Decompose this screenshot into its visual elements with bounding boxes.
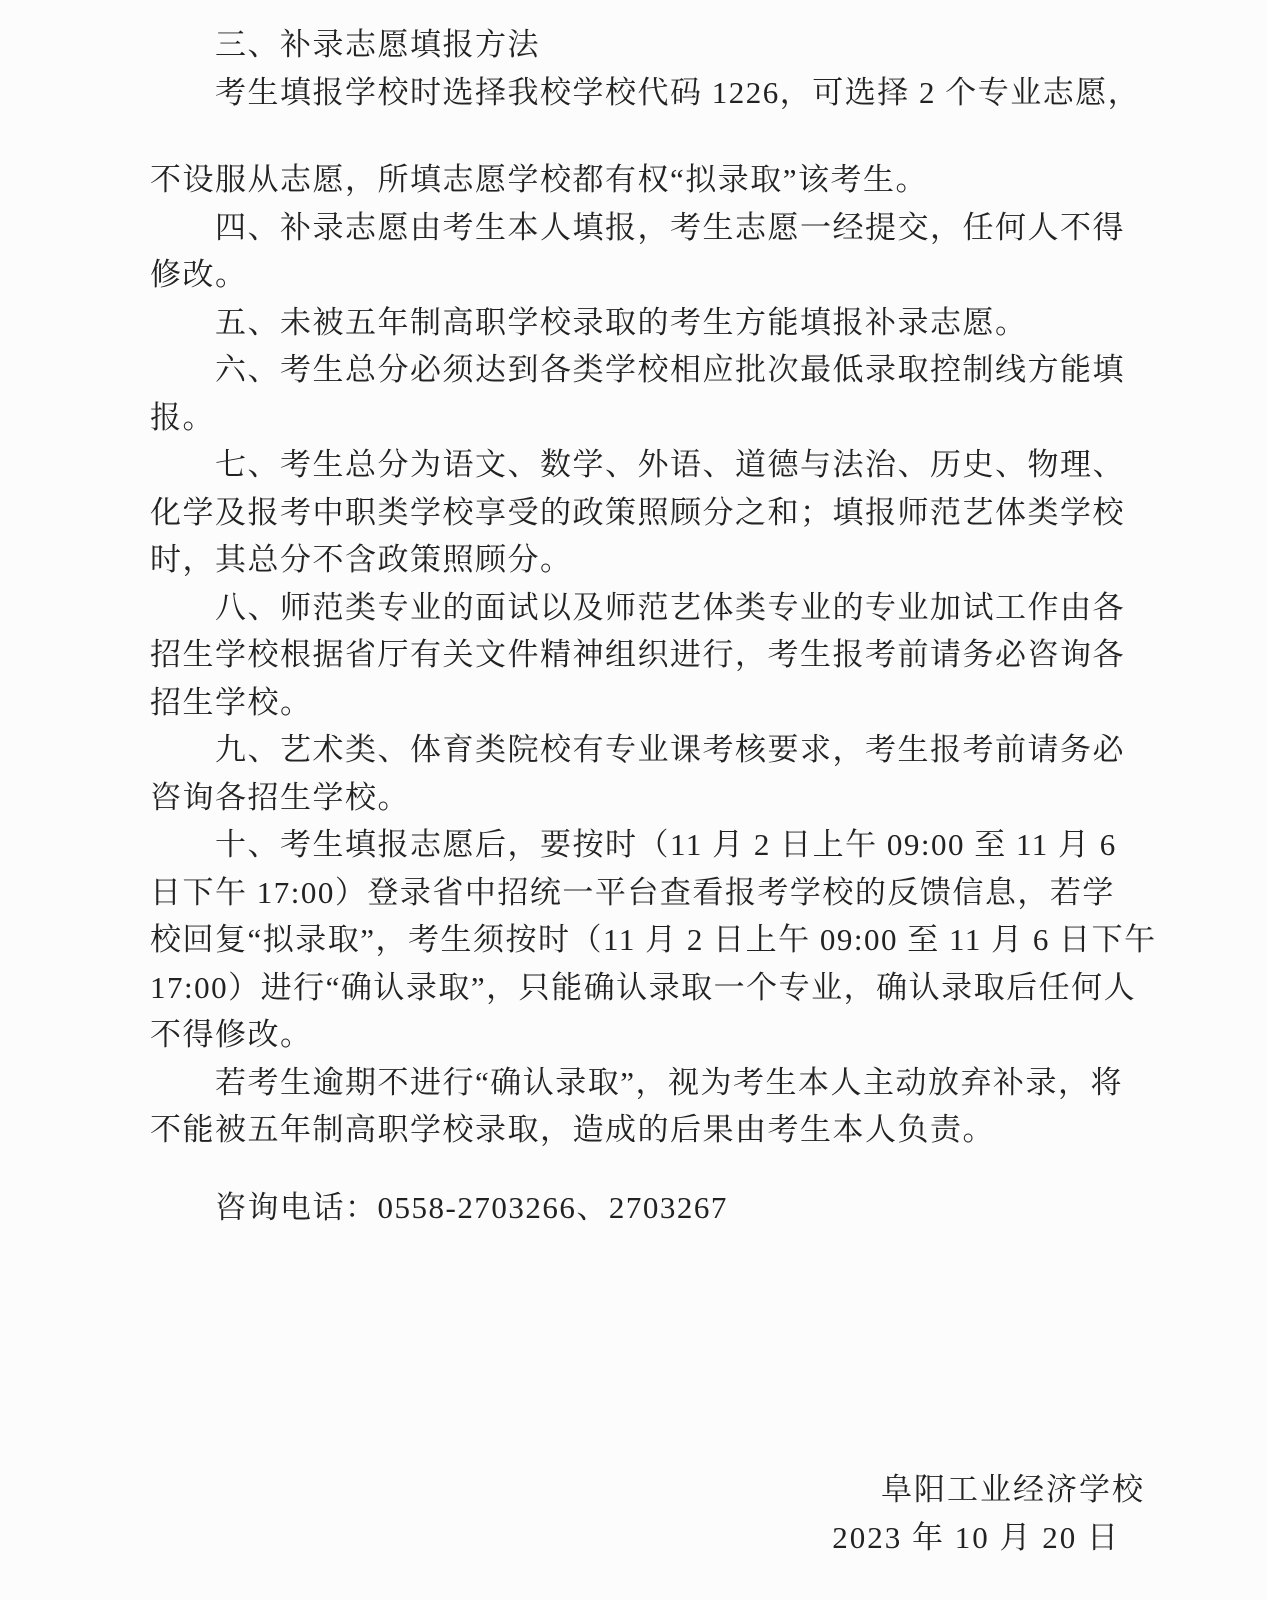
text-line: 九、艺术类、体育类院校有专业课考核要求，考生报考前请务必 xyxy=(150,726,1148,774)
signature-school-name: 阜阳工业经济学校 xyxy=(150,1466,1148,1514)
blank-gap xyxy=(150,116,1148,156)
text-line: 日下午 17:00）登录省中招统一平台查看报考学校的反馈信息，若学 xyxy=(150,869,1148,917)
text-line: 若考生逾期不进行“确认录取”，视为考生本人主动放弃补录，将 xyxy=(150,1059,1148,1107)
document-body: 三、补录志愿填报方法考生填报学校时选择我校学校代码 1226，可选择 2 个专业… xyxy=(150,21,1148,1231)
signature-block: 阜阳工业经济学校 2023 年 10 月 20 日 xyxy=(150,1466,1148,1561)
blank-gap xyxy=(150,1154,1148,1184)
text-line: 三、补录志愿填报方法 xyxy=(150,21,1148,69)
text-line: 四、补录志愿由考生本人填报，考生志愿一经提交，任何人不得 xyxy=(150,204,1148,252)
text-line: 考生填报学校时选择我校学校代码 1226，可选择 2 个专业志愿， xyxy=(150,69,1148,117)
text-line: 咨询各招生学校。 xyxy=(150,774,1148,822)
text-line: 修改。 xyxy=(150,251,1148,299)
text-line: 六、考生总分必须达到各类学校相应批次最低录取控制线方能填 xyxy=(150,346,1148,394)
text-line: 招生学校根据省厅有关文件精神组织进行，考生报考前请务必咨询各 xyxy=(150,631,1148,679)
text-line: 八、师范类专业的面试以及师范艺体类专业的专业加试工作由各 xyxy=(150,584,1148,632)
text-line: 17:00）进行“确认录取”，只能确认录取一个专业，确认录取后任何人 xyxy=(150,964,1148,1012)
text-line: 不得修改。 xyxy=(150,1011,1148,1059)
text-line: 七、考生总分为语文、数学、外语、道德与法治、历史、物理、 xyxy=(150,441,1148,489)
text-line: 招生学校。 xyxy=(150,679,1148,727)
text-line: 十、考生填报志愿后，要按时（11 月 2 日上午 09:00 至 11 月 6 xyxy=(150,821,1148,869)
text-line: 化学及报考中职类学校享受的政策照顾分之和；填报师范艺体类学校 xyxy=(150,489,1148,537)
text-line: 五、未被五年制高职学校录取的考生方能填报补录志愿。 xyxy=(150,299,1148,347)
text-line: 校回复“拟录取”，考生须按时（11 月 2 日上午 09:00 至 11 月 6… xyxy=(150,916,1148,964)
text-line: 不设服从志愿，所填志愿学校都有权“拟录取”该考生。 xyxy=(150,156,1148,204)
text-line: 时，其总分不含政策照顾分。 xyxy=(150,536,1148,584)
text-line: 报。 xyxy=(150,394,1148,442)
signature-date: 2023 年 10 月 20 日 xyxy=(150,1514,1148,1562)
document-page: 三、补录志愿填报方法考生填报学校时选择我校学校代码 1226，可选择 2 个专业… xyxy=(0,0,1267,1600)
text-line: 咨询电话：0558-2703266、2703267 xyxy=(150,1184,1148,1232)
text-line: 不能被五年制高职学校录取，造成的后果由考生本人负责。 xyxy=(150,1106,1148,1154)
